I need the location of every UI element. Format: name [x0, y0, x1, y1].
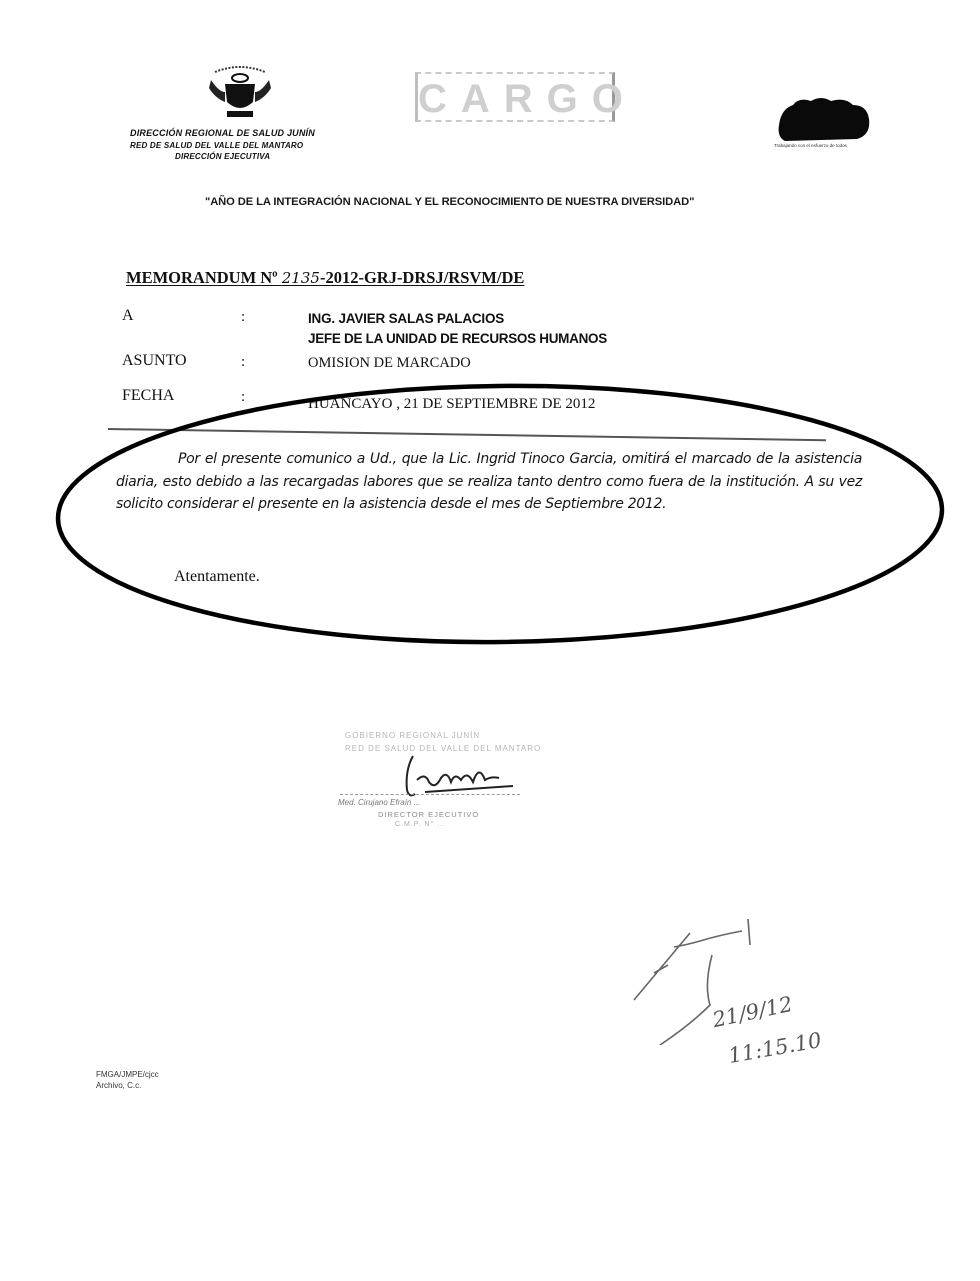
junin-region-logo-icon: Junín: [775, 95, 873, 143]
svg-text:Junín: Junín: [783, 122, 832, 143]
header-divider: [108, 428, 826, 441]
received-initials-icon: [630, 905, 780, 1045]
memo-body-text: Por el presente comunico a Ud., que la L…: [116, 451, 862, 512]
subject-separator: :: [241, 354, 245, 371]
memo-number-handwritten: 2135: [282, 269, 320, 287]
signer-registration: C.M.P. N° ...: [395, 821, 446, 828]
peru-coat-of-arms-icon: [205, 62, 275, 120]
closing: Atentamente.: [174, 568, 260, 586]
year-motto: "AÑO DE LA INTEGRACIÓN NACIONAL Y EL REC…: [205, 196, 694, 208]
subject-label: ASUNTO: [122, 352, 187, 370]
to-separator: :: [241, 309, 245, 326]
signature-icon: [395, 750, 525, 805]
recipient-title: JEFE DE LA UNIDAD DE RECURSOS HUMANOS: [308, 331, 607, 346]
highlight-ellipse: [0, 0, 980, 1281]
signature-stamp-line1: GOBIERNO REGIONAL JUNÍN: [345, 731, 480, 740]
date-separator: :: [241, 389, 245, 406]
institution-name: DIRECCIÓN REGIONAL DE SALUD JUNÍN: [130, 128, 315, 138]
signer-role: DIRECTOR EJECUTIVO: [378, 810, 479, 819]
date-label: FECHA: [122, 387, 174, 405]
to-label: A: [122, 307, 134, 325]
institution-department: DIRECCIÓN EJECUTIVA: [175, 152, 270, 161]
memo-title-suffix: -2012-GRJ-DRSJ/RSVM/DE: [320, 268, 524, 287]
signature-line: [340, 794, 520, 795]
cargo-stamp: CARGO: [415, 72, 615, 122]
memo-title: MEMORANDUM Nº 2135-2012-GRJ-DRSJ/RSVM/DE: [126, 268, 524, 288]
region-logo-caption: Trabajando con el esfuerzo de todos: [774, 143, 847, 148]
memo-title-prefix: MEMORANDUM Nº: [126, 268, 282, 287]
memo-body: Por el presente comunico a Ud., que la L…: [116, 448, 862, 516]
signer-name: Med. Cirujano Efraín ...: [338, 798, 420, 807]
archive-note: Archivo, C.c.: [96, 1081, 141, 1090]
date-value: HUANCAYO , 21 DE SEPTIEMBRE DE 2012: [308, 396, 595, 413]
subject-value: OMISION DE MARCADO: [308, 355, 471, 372]
institution-network: RED DE SALUD DEL VALLE DEL MANTARO: [130, 141, 303, 150]
recipient-name: ING. JAVIER SALAS PALACIOS: [308, 311, 504, 326]
reference-initials: FMGA/JMPE/cjcc: [96, 1070, 159, 1079]
